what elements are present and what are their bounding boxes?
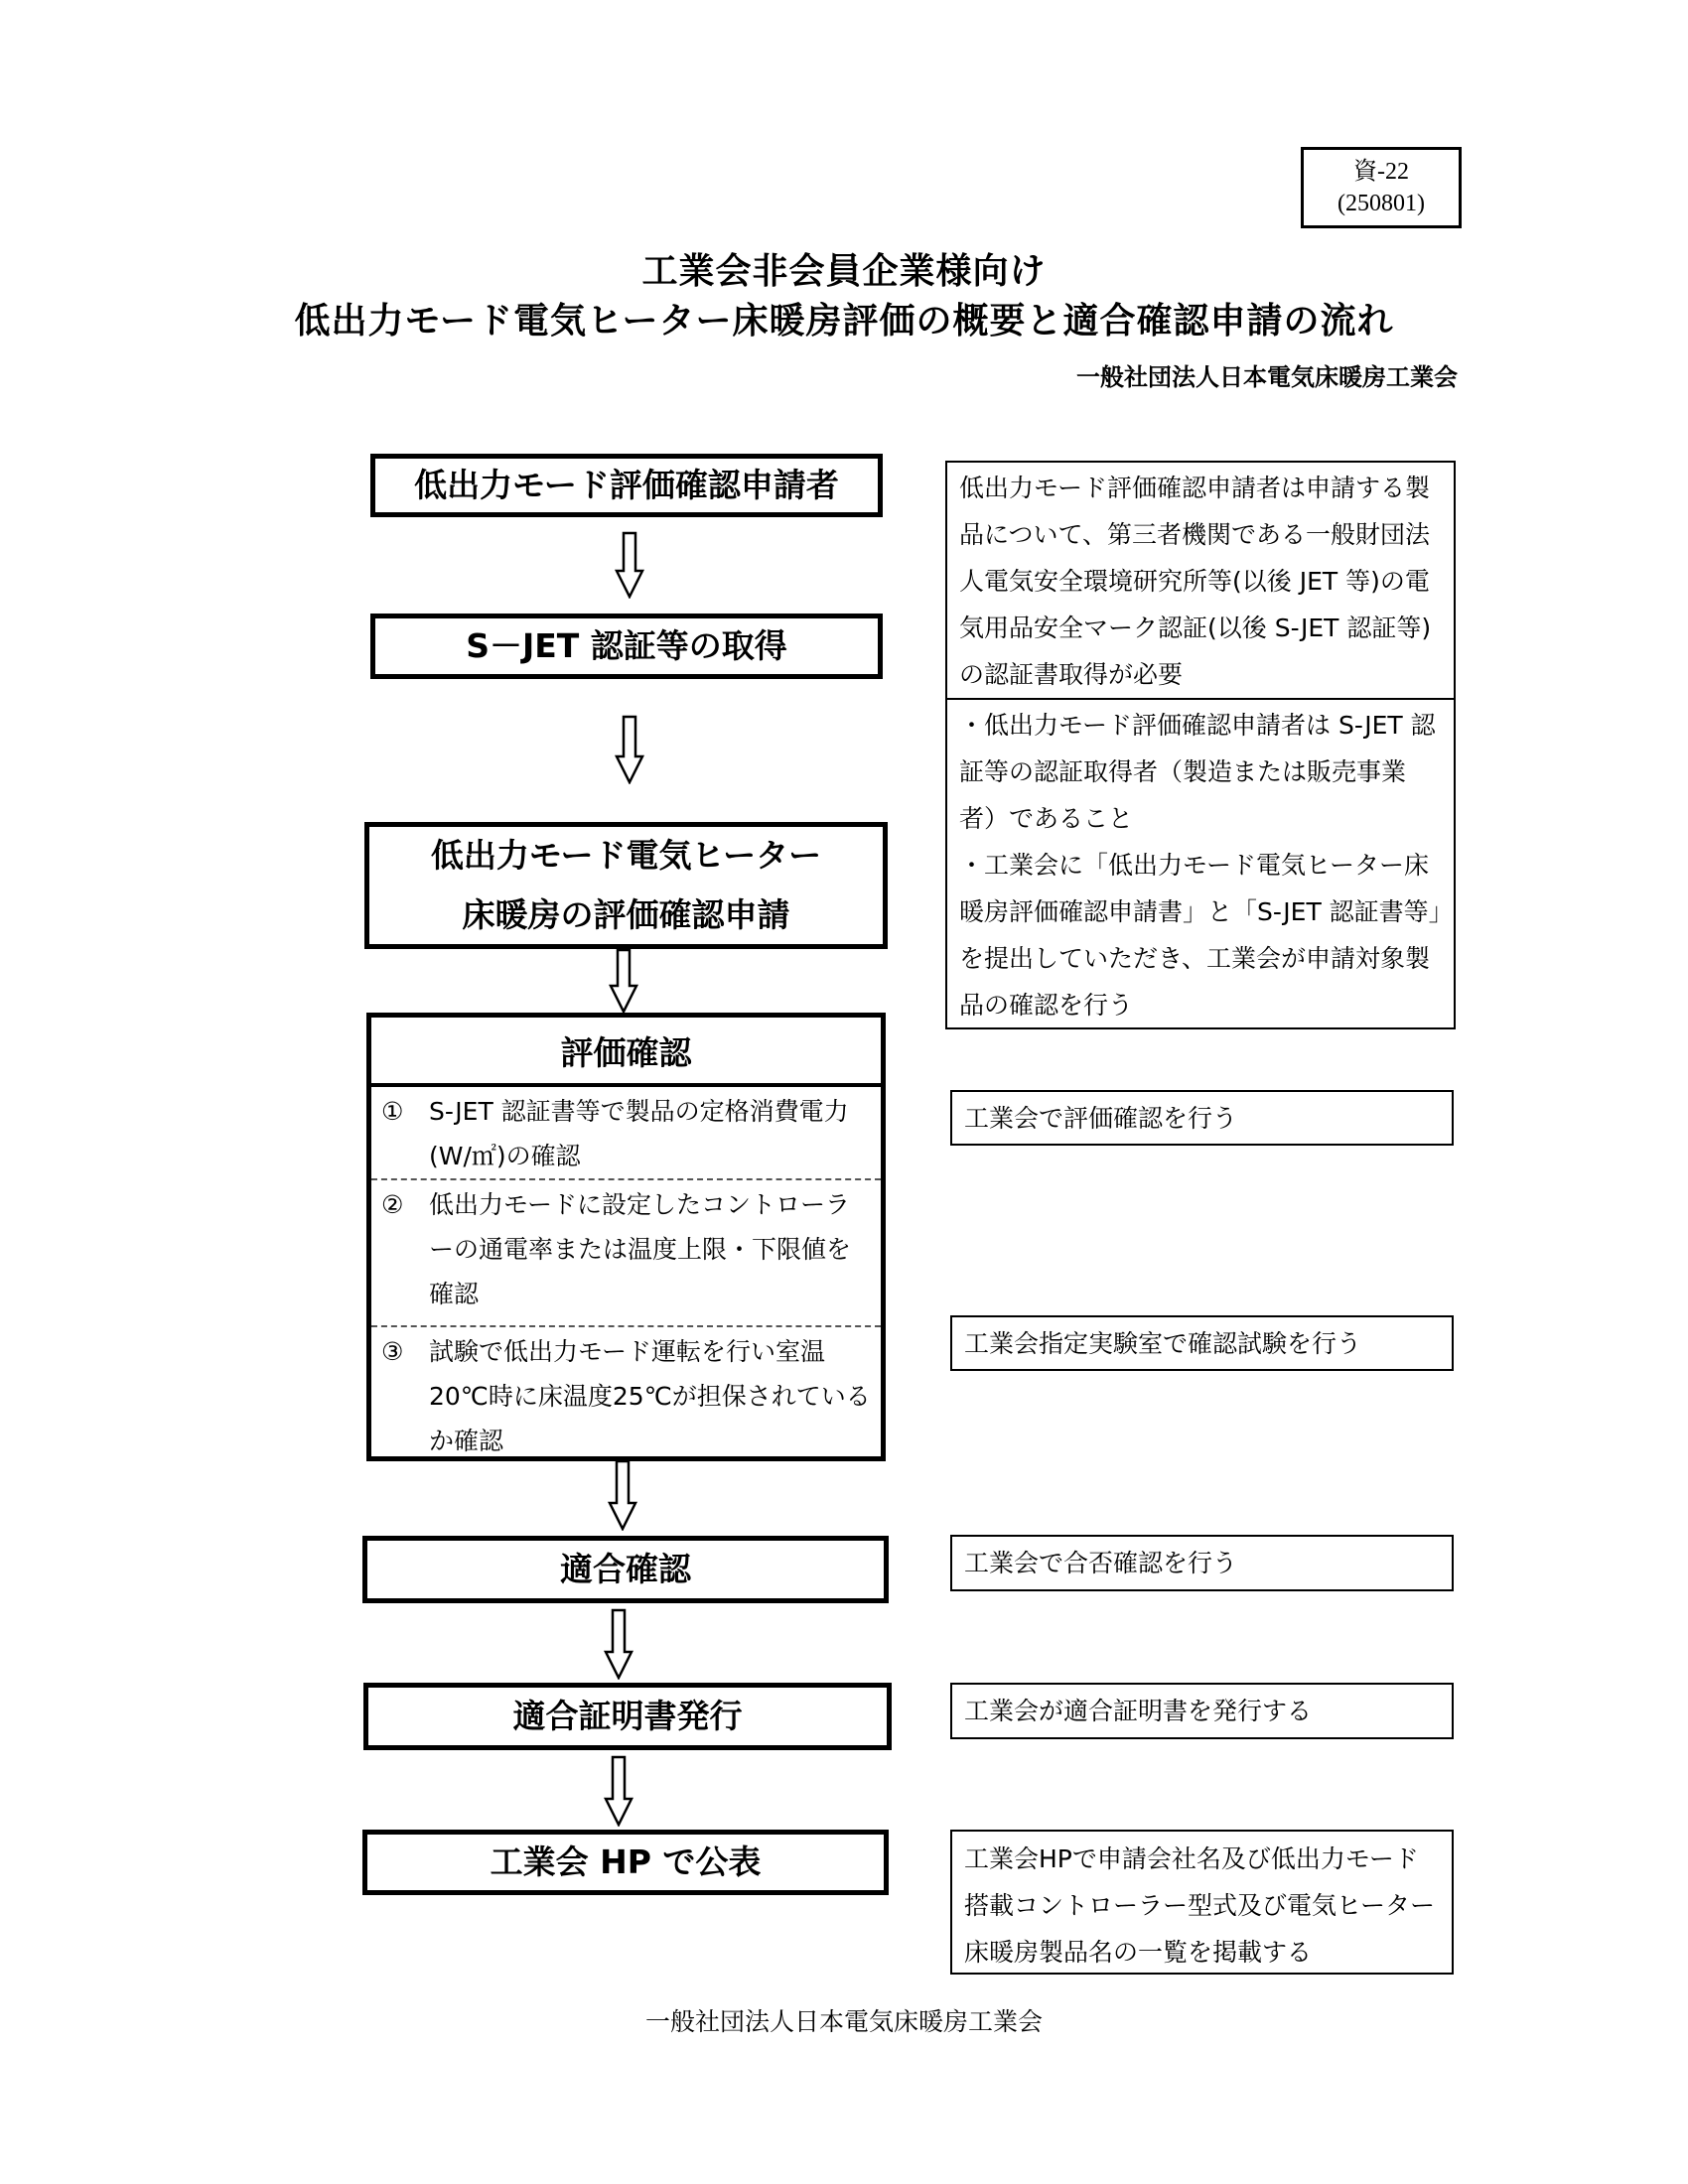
flow-step-publish: 工業会 HP で公表: [362, 1830, 889, 1895]
info-note-text: 低出力モード評価確認申請者は申請する製品について、第三者機関である一般財団法人電…: [959, 474, 1431, 689]
evaluation-item-number: ①: [381, 1089, 429, 1176]
flow-step-label-line1: 低出力モード電気ヒーター: [431, 826, 821, 886]
note-certificate: 工業会が適合証明書を発行する: [950, 1683, 1454, 1739]
evaluation-item-number: ②: [381, 1182, 429, 1323]
evaluation-item: ③ 試験で低出力モード運転を行い室温20℃時に床温度25℃が担保されているか確認: [371, 1325, 881, 1465]
info-note-applicant-requirements: 低出力モード評価確認申請者は申請する製品について、第三者機関である一般財団法人電…: [945, 461, 1456, 1029]
evaluation-item-text: S-JET 認証書等で製品の定格消費電力(W/㎡)の確認: [429, 1089, 873, 1176]
evaluation-item-number: ③: [381, 1329, 429, 1463]
note-text: 工業会が適合証明書を発行する: [964, 1688, 1312, 1734]
note-publish: 工業会HPで申請会社名及び低出力モード搭載コントローラー型式及び電気ヒーター床暖…: [950, 1830, 1454, 1975]
info-note-section-certificate: 低出力モード評価確認申請者は申請する製品について、第三者機関である一般財団法人電…: [947, 463, 1454, 698]
flow-step-certificate-issuance: 適合証明書発行: [363, 1683, 892, 1750]
flow-step-sjet-certification: S－JET 認証等の取得: [370, 614, 883, 679]
note-text: 工業会で評価確認を行う: [964, 1095, 1237, 1142]
down-arrow-icon: [604, 1608, 633, 1680]
document-id: 資-22: [1304, 156, 1459, 188]
footer-organization: 一般社団法人日本電気床暖房工業会: [0, 2002, 1688, 2038]
note-text: 工業会で合否確認を行う: [964, 1540, 1237, 1586]
note-lab-test: 工業会指定実験室で確認試験を行う: [950, 1315, 1454, 1371]
flow-step-conformity-check: 適合確認: [362, 1536, 889, 1603]
evaluation-item-text: 低出力モードに設定したコントローラーの通電率または温度上限・下限値を確認: [429, 1182, 873, 1323]
flow-step-label: S－JET 認証等の取得: [466, 616, 787, 676]
flow-step-label: 工業会 HP で公表: [491, 1833, 762, 1892]
down-arrow-icon: [609, 948, 638, 1014]
flow-step-label: 適合証明書発行: [513, 1687, 743, 1746]
note-pass-check: 工業会で合否確認を行う: [950, 1535, 1454, 1591]
organization-name: 一般社団法人日本電気床暖房工業会: [1076, 357, 1458, 392]
evaluation-item: ② 低出力モードに設定したコントローラーの通電率または温度上限・下限値を確認: [371, 1178, 881, 1325]
document-date-code: (250801): [1304, 188, 1459, 219]
note-text: 工業会HPで申請会社名及び低出力モード搭載コントローラー型式及び電気ヒーター床暖…: [964, 1844, 1435, 1967]
flow-step-evaluation-application: 低出力モード電気ヒーター 床暖房の評価確認申請: [364, 822, 888, 949]
note-evaluation-check: 工業会で評価確認を行う: [950, 1090, 1454, 1146]
down-arrow-icon: [604, 1755, 633, 1827]
down-arrow-icon: [615, 531, 644, 599]
flow-step-evaluation: 評価確認 ① S-JET 認証書等で製品の定格消費電力(W/㎡)の確認 ② 低出…: [366, 1013, 886, 1461]
document-id-box: 資-22 (250801): [1301, 147, 1462, 228]
evaluation-item: ① S-JET 認証書等で製品の定格消費電力(W/㎡)の確認: [371, 1087, 881, 1178]
down-arrow-icon: [608, 1459, 637, 1531]
page-title-line1: 工業会非会員企業様向け: [0, 243, 1688, 294]
flow-step-label: 適合確認: [560, 1540, 691, 1599]
evaluation-title: 評価確認: [371, 1018, 881, 1087]
flow-step-applicant: 低出力モード評価確認申請者: [370, 454, 883, 517]
down-arrow-icon: [615, 715, 644, 784]
info-note-bullet: ・低出力モード評価確認申請者は S-JET 認証等の認証取得者（製造または販売事…: [959, 702, 1442, 842]
note-text: 工業会指定実験室で確認試験を行う: [964, 1320, 1361, 1367]
info-note-section-conditions: ・低出力モード評価確認申請者は S-JET 認証等の認証取得者（製造または販売事…: [947, 698, 1454, 1030]
flow-step-label-line2: 床暖房の評価確認申請: [463, 886, 790, 945]
info-note-bullet: ・工業会に「低出力モード電気ヒーター床暖房評価確認申請書」と「S-JET 認証書…: [959, 842, 1442, 1028]
page-title-line2: 低出力モード電気ヒーター床暖房評価の概要と適合確認申請の流れ: [0, 293, 1688, 343]
evaluation-item-text: 試験で低出力モード運転を行い室温20℃時に床温度25℃が担保されているか確認: [429, 1329, 873, 1463]
flow-step-label: 低出力モード評価確認申請者: [414, 456, 839, 515]
